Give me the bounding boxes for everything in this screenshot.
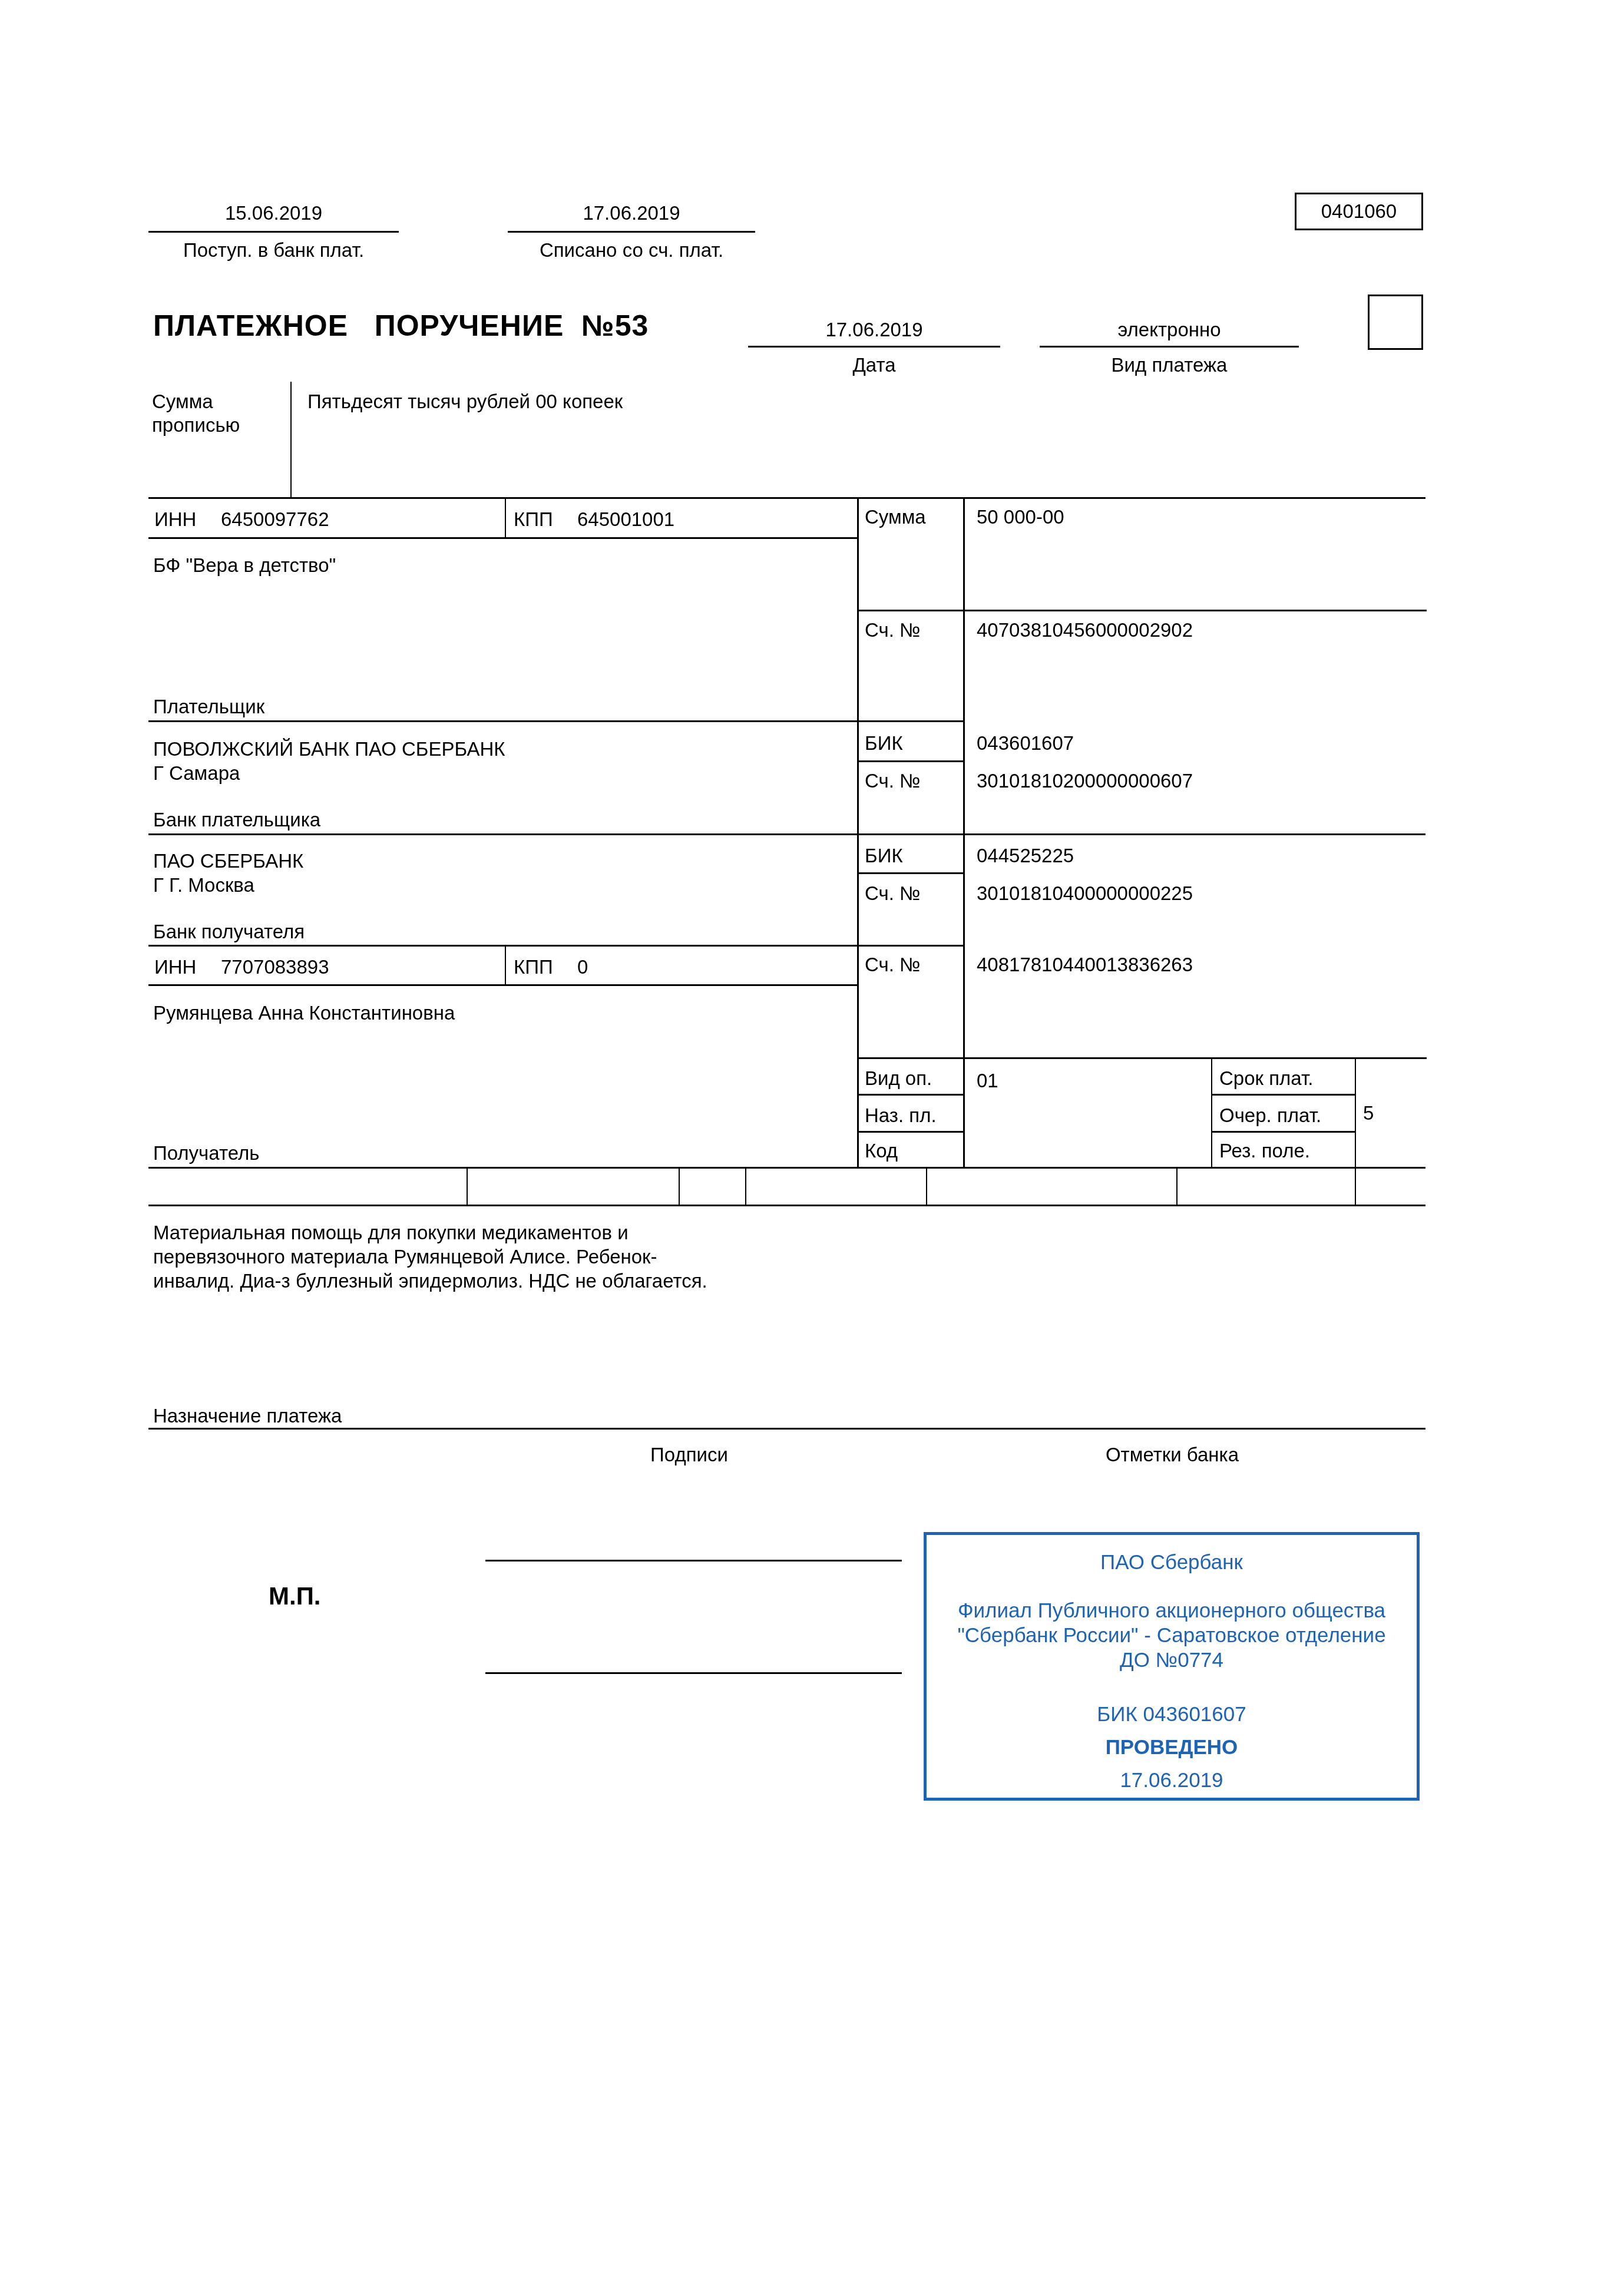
divider [148,984,858,986]
form-code-box: 0401060 [1295,193,1423,230]
payer-label: Плательщик [153,695,264,719]
payee-bank-label: Банк получателя [153,920,305,944]
term-label: Срок плат. [1219,1067,1314,1090]
amount-words-value: Пятьдесят тысяч рублей 00 копеек [307,390,623,413]
divider [745,1168,746,1206]
reserve-label: Рез. поле. [1219,1139,1310,1163]
divider [148,1428,1425,1430]
payee-kpp: 0 [577,955,588,979]
divider [748,346,1000,348]
divider [858,720,964,722]
payer-kpp-label: КПП [514,508,553,531]
divider [508,231,755,233]
payee-name: Румянцева Анна Константиновна [153,1001,455,1025]
divider [1355,1168,1356,1206]
signature-line-2 [485,1672,902,1674]
payer-bank-account-label: Сч. № [865,769,920,793]
divider [290,382,292,497]
payee-account-label: Сч. № [865,953,920,977]
divider [858,1131,964,1133]
signatures-label: Подписи [589,1443,789,1467]
priority-value: 5 [1363,1101,1374,1125]
payer-inn: 6450097762 [221,508,329,531]
seal-label: М.П. [269,1582,321,1610]
payer-bank-city: Г Самара [153,762,240,785]
signature-line-1 [485,1560,902,1561]
divider [858,1057,1427,1059]
debited-label: Списано со сч. плат. [508,239,755,262]
divider [858,610,1427,611]
divider [858,760,964,762]
divider [679,1168,680,1206]
purpose-line-1: Материальная помощь для покупки медикаме… [153,1221,629,1245]
priority-label: Очер. плат. [1219,1104,1321,1127]
divider [1176,1168,1178,1206]
divider [1040,346,1299,348]
payee-bank-bik: 044525225 [977,844,1074,868]
purpose-line-3: инвалид. Диа-з буллезный эпидермолиз. НД… [153,1269,707,1293]
payer-amount-label: Сумма [865,505,926,529]
amount-words-label-2: прописью [152,413,240,437]
divider [1355,1058,1356,1168]
payee-kpp-label: КПП [514,955,553,979]
payer-account: 40703810456000002902 [977,618,1193,642]
stamp-branch-line-1: Филиал Публичного акционерного общества [927,1599,1417,1623]
divider [148,537,858,539]
divider [505,498,506,538]
payee-account: 40817810440013836263 [977,953,1193,977]
payee-bank-city: Г Г. Москва [153,874,254,897]
status-checkbox [1368,295,1423,350]
stamp-branch-line-3: ДО №0774 [927,1648,1417,1673]
stamp-status: ПРОВЕДЕНО [927,1735,1417,1760]
payer-account-label: Сч. № [865,618,920,642]
divider [148,720,858,722]
payer-bank-bik-label: БИК [865,732,903,755]
divider [1211,1058,1212,1168]
stamp-bik: БИК 043601607 [927,1702,1417,1727]
payee-bank-account: 30101810400000000225 [977,882,1193,905]
purpose-code-label: Наз. пл. [865,1104,937,1127]
document-date-label: Дата [748,353,1000,377]
bank-marks-label: Отметки банка [1054,1443,1290,1467]
divider [148,1205,1425,1206]
payer-bank-bik: 043601607 [977,732,1074,755]
payer-name: БФ "Вера в детство" [153,554,336,577]
divider [148,945,964,947]
stamp-branch-line-2: "Сбербанк России" - Саратовское отделени… [927,1623,1417,1648]
payee-bank-bik-label: БИК [865,844,903,868]
payer-amount: 50 000-00 [977,505,1064,529]
payer-bank-name: ПОВОЛЖСКИЙ БАНК ПАО СБЕРБАНК [153,737,505,761]
divider [1212,1094,1355,1096]
purpose-label: Назначение платежа [153,1404,342,1428]
payee-inn: 7707083893 [221,955,329,979]
page-title: ПЛАТЕЖНОЕ ПОРУЧЕНИЕ №53 [153,309,649,343]
payee-label: Получатель [153,1142,259,1165]
divider [148,231,399,233]
divider [926,1168,927,1206]
payer-bank-account: 30101810200000000607 [977,769,1193,793]
document-date: 17.06.2019 [748,318,1000,342]
stamp-date: 17.06.2019 [927,1768,1417,1793]
divider [858,872,964,874]
divider [858,1094,964,1096]
payee-bank-name: ПАО СБЕРБАНК [153,849,303,873]
divider [148,497,1425,499]
received-label: Поступ. в банк плат. [148,239,399,262]
divider [505,946,506,986]
payment-type-label: Вид платежа [1040,353,1299,377]
divider [467,1168,468,1206]
payer-bank-label: Банк плательщика [153,808,320,832]
divider [148,1167,1425,1169]
divider [148,833,1425,835]
received-date: 15.06.2019 [148,201,399,225]
op-type-label: Вид оп. [865,1067,932,1090]
divider [1212,1131,1355,1133]
debited-date: 17.06.2019 [508,201,755,225]
code-label: Код [865,1139,898,1163]
stamp-bank: ПАО Сбербанк [927,1550,1417,1575]
op-type: 01 [977,1069,998,1093]
payee-inn-label: ИНН [154,955,196,979]
payee-bank-account-label: Сч. № [865,882,920,905]
bank-stamp: ПАО Сбербанк Филиал Публичного акционерн… [924,1532,1420,1801]
payment-type-value: электронно [1040,318,1299,342]
payer-inn-label: ИНН [154,508,196,531]
payer-kpp: 645001001 [577,508,674,531]
purpose-line-2: перевязочного материала Румянцевой Алисе… [153,1245,657,1269]
amount-words-label-1: Сумма [152,390,213,413]
